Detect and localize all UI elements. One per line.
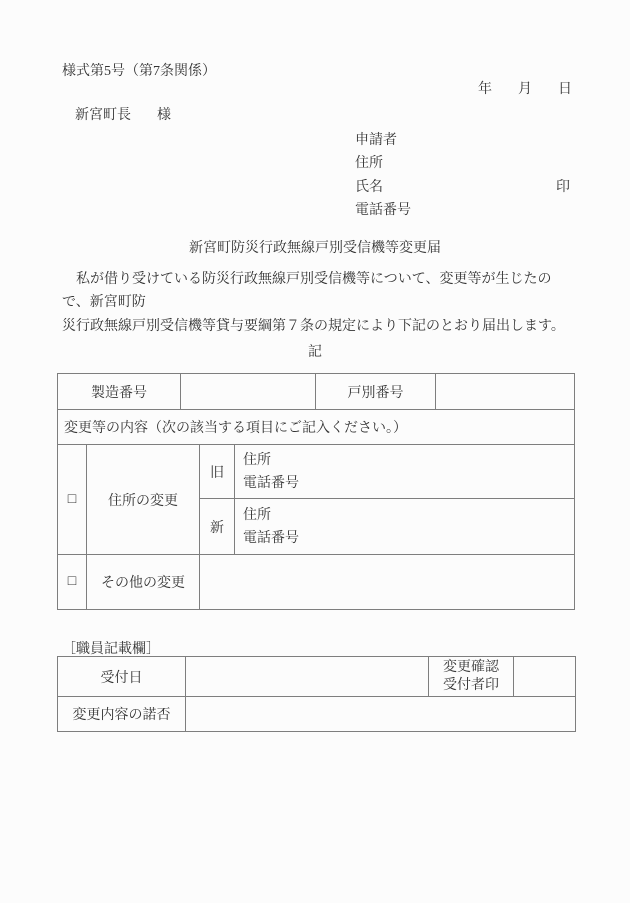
approval-label-cell: 変更内容の諾否: [58, 697, 186, 732]
other-change-value-cell: [200, 555, 575, 610]
change-details-table: 製造番号 戸別番号 変更等の内容（次の該当する項目にご記入ください。） □ 住所…: [57, 373, 575, 610]
issue-date-line: 年 月 日: [478, 78, 572, 98]
change-confirm-seal-label-cell: 変更確認 受付者印: [429, 657, 514, 697]
body-line-2: 災行政無線戸別受信機等貸与要綱第７条の規定により下記のとおり届出します。: [62, 315, 574, 338]
serial-number-value-cell: [181, 374, 316, 410]
document-title: 新宮町防災行政無線戸別受信機等変更届: [0, 237, 630, 257]
other-change-checkbox-cell: □: [58, 555, 87, 610]
unit-number-label-cell: 戸別番号: [316, 374, 436, 410]
day-label: 日: [558, 78, 572, 98]
document-page: 様式第5号（第7条関係） 年 月 日 新宮町長 様 申請者 住所 氏名 電話番号…: [0, 0, 630, 903]
old-address-label: 住所: [235, 449, 574, 472]
body-paragraph: 私が借り受けている防災行政無線戸別受信機等について、変更等が生じたので、新宮町防…: [62, 268, 574, 338]
record-marker: 記: [0, 341, 630, 361]
change-content-header-cell: 変更等の内容（次の該当する項目にご記入ください。）: [58, 410, 575, 445]
month-label: 月: [518, 78, 532, 98]
other-change-label-cell: その他の変更: [87, 555, 200, 610]
seal-label: 印: [556, 176, 570, 199]
serial-number-label-cell: 製造番号: [58, 374, 181, 410]
confirm-label-line-1: 変更確認: [429, 659, 513, 677]
checkbox-icon: □: [68, 574, 76, 589]
reception-date-label-cell: 受付日: [58, 657, 186, 697]
old-tag-cell: 旧: [200, 445, 235, 499]
reception-date-value-cell: [186, 657, 429, 697]
addressee-honorific: 様: [157, 104, 171, 124]
applicant-block: 申請者 住所 氏名 電話番号: [355, 129, 411, 222]
applicant-address-label: 住所: [355, 152, 411, 175]
addressee-name: 新宮町長: [75, 104, 131, 124]
applicant-phone-label: 電話番号: [355, 199, 411, 222]
new-phone-label: 電話番号: [235, 527, 574, 550]
change-confirm-seal-value-cell: [514, 657, 576, 697]
body-line-1: 私が借り受けている防災行政無線戸別受信機等について、変更等が生じたので、新宮町防: [62, 268, 574, 315]
approval-value-cell: [186, 697, 576, 732]
new-address-phone-cell: 住所 電話番号: [235, 499, 575, 555]
addressee-line: 新宮町長 様: [75, 104, 171, 124]
checkbox-icon: □: [68, 492, 76, 507]
form-number: 様式第5号（第7条関係）: [62, 60, 216, 80]
confirm-label-line-2: 受付者印: [429, 677, 513, 695]
applicant-name-label: 氏名: [355, 176, 411, 199]
staff-section-heading: ［職員記載欄］: [62, 638, 160, 658]
address-change-label-cell: 住所の変更: [87, 445, 200, 555]
new-address-label: 住所: [235, 504, 574, 527]
year-label: 年: [478, 78, 492, 98]
unit-number-value-cell: [436, 374, 575, 410]
old-phone-label: 電話番号: [235, 472, 574, 495]
address-change-checkbox-cell: □: [58, 445, 87, 555]
new-tag-cell: 新: [200, 499, 235, 555]
staff-entry-table: 受付日 変更確認 受付者印 変更内容の諾否: [57, 656, 576, 732]
old-address-phone-cell: 住所 電話番号: [235, 445, 575, 499]
applicant-label: 申請者: [355, 129, 411, 152]
